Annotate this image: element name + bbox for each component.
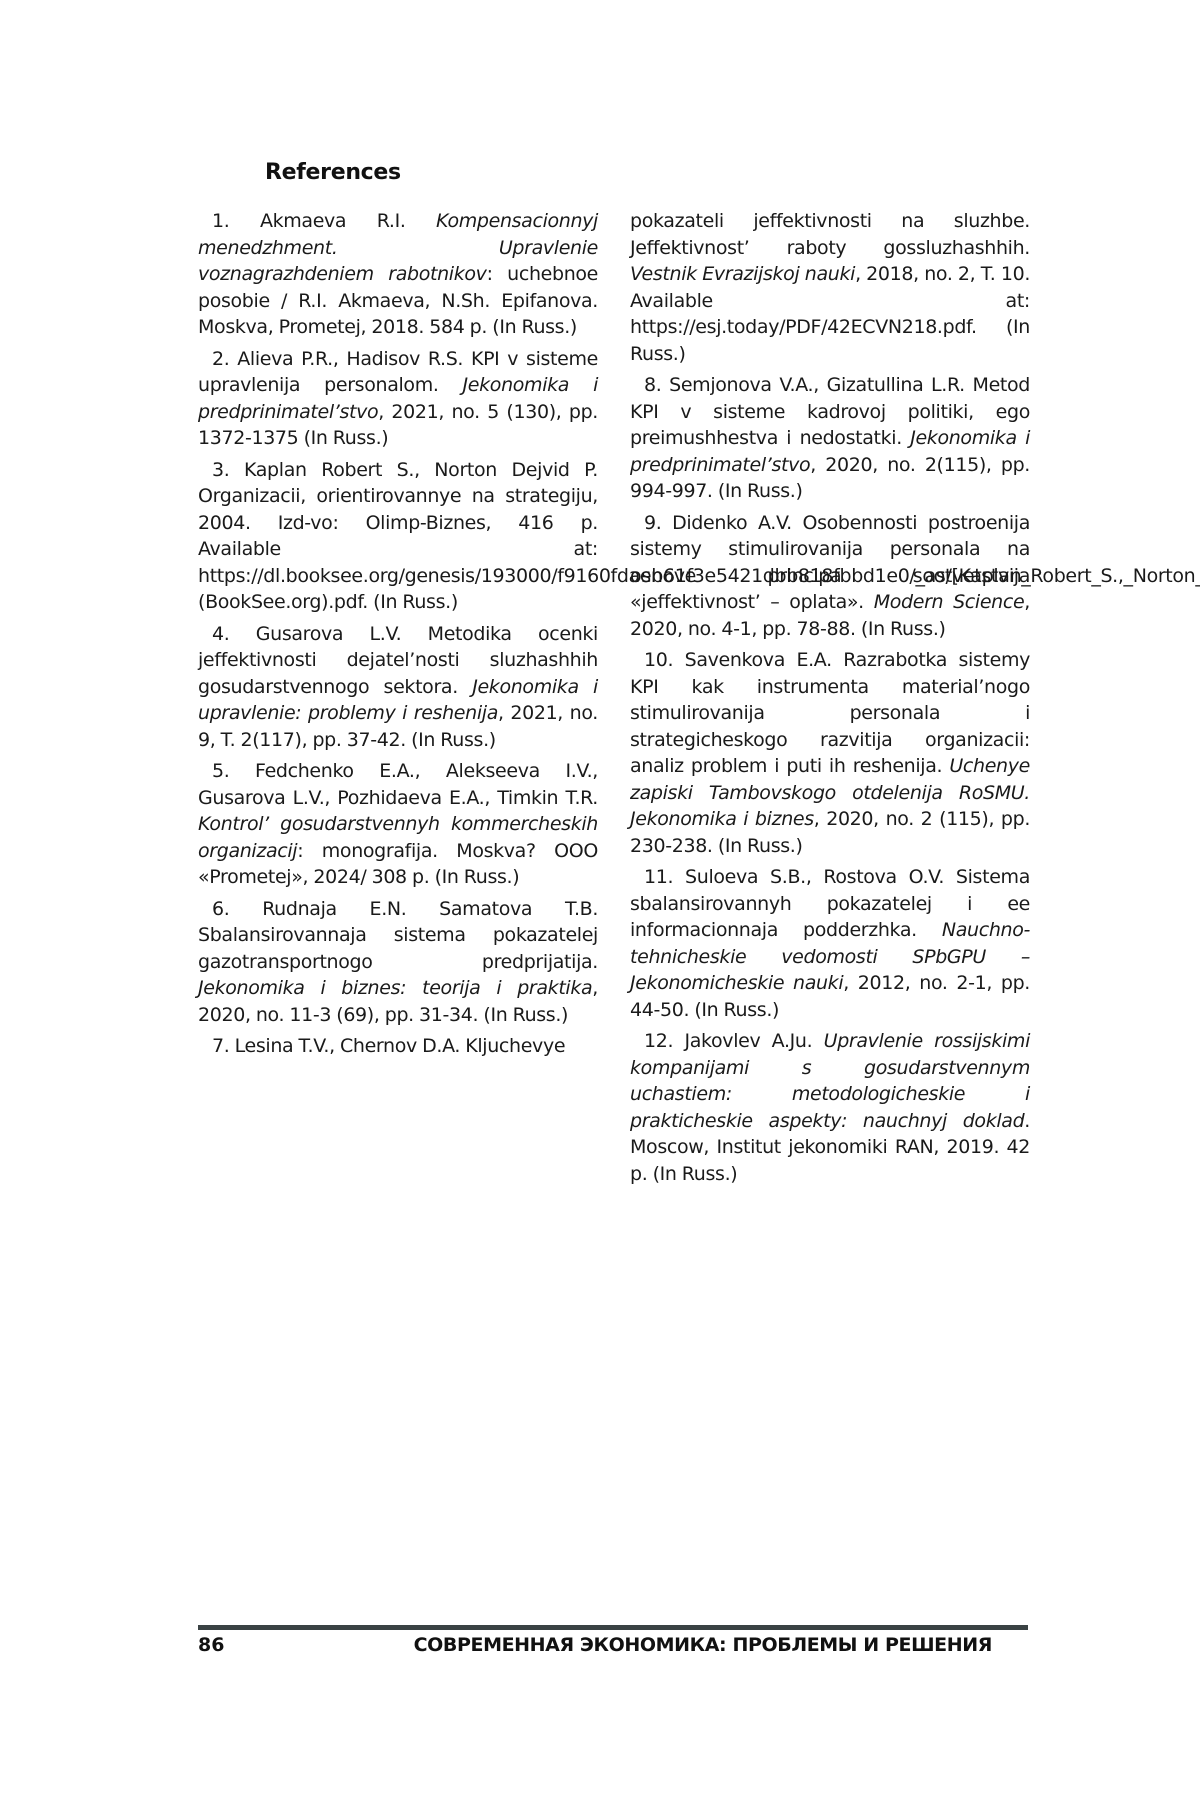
journal-title: СОВРЕМЕННАЯ ЭКОНОМИКА: ПРОБЛЕМЫ И РЕШЕНИ… <box>414 1634 992 1656</box>
page-number: 86 <box>198 1634 224 1656</box>
references-left-column: 1. Akmaeva R.I. Kompensacionnyj menedzhm… <box>198 208 598 1065</box>
reference-number: 9. <box>644 512 672 534</box>
reference-text: Fedchenko E.A., Alekseeva I.V., Gusarova… <box>198 760 598 809</box>
reference-item: 9. Didenko A.V. Osobennosti postroenija … <box>630 510 1030 643</box>
reference-item: 10. Savenkova E.A. Razrabotka sistemy KP… <box>630 647 1030 859</box>
reference-text: pokazateli jeffektivnosti na sluzhbe. Je… <box>630 210 1030 259</box>
reference-number: 12. <box>644 1030 685 1052</box>
reference-number: 5. <box>212 760 255 782</box>
reference-text: Jakovlev A.Ju. <box>685 1030 824 1052</box>
reference-title-italic: Modern Science <box>874 591 1025 613</box>
reference-number: 3. <box>212 459 244 481</box>
reference-text: Akmaeva R.I. <box>260 210 436 232</box>
reference-number: 10. <box>644 649 685 671</box>
reference-item: 11. Suloeva S.B., Rostova O.V. Sistema s… <box>630 864 1030 1023</box>
reference-number: 7. <box>212 1035 235 1057</box>
reference-number: 8. <box>644 374 669 396</box>
page-footer: 86 СОВРЕМЕННАЯ ЭКОНОМИКА: ПРОБЛЕМЫ И РЕШ… <box>198 1634 1028 1660</box>
reference-item: 2. Alieva P.R., Hadisov R.S. KPI v siste… <box>198 346 598 452</box>
reference-item: 6. Rudnaja E.N. Samatova T.B. Sbalansiro… <box>198 896 598 1029</box>
reference-title-italic: Vestnik Evrazijskoj nauki <box>630 263 855 285</box>
references-right-column: pokazateli jeffektivnosti na sluzhbe. Je… <box>630 208 1030 1192</box>
reference-item: 8. Semjonova V.A., Gizatullina L.R. Meto… <box>630 372 1030 505</box>
footer-rule <box>198 1625 1028 1630</box>
reference-title-italic: Jekonomika i biznes: teorija i praktika <box>198 977 592 999</box>
reference-item: 5. Fedchenko E.A., Alekseeva I.V., Gusar… <box>198 758 598 891</box>
reference-number: 1. <box>212 210 260 232</box>
reference-number: 11. <box>644 866 685 888</box>
reference-item: pokazateli jeffektivnosti na sluzhbe. Je… <box>630 208 1030 367</box>
reference-number: 6. <box>212 898 262 920</box>
reference-item: 3. Kaplan Robert S., Norton Dejvid P. Or… <box>198 457 598 616</box>
references-heading: References <box>265 160 401 185</box>
reference-item: 1. Akmaeva R.I. Kompensacionnyj menedzhm… <box>198 208 598 341</box>
reference-text: Lesina T.V., Chernov D.A. Kljuchevye <box>235 1035 566 1057</box>
reference-item: 7. Lesina T.V., Chernov D.A. Kljuchevye <box>198 1033 598 1060</box>
reference-item: 12. Jakovlev A.Ju. Upravlenie rossijskim… <box>630 1028 1030 1187</box>
reference-number: 4. <box>212 623 256 645</box>
reference-number: 2. <box>212 348 237 370</box>
reference-item: 4. Gusarova L.V. Metodika ocenki jeffekt… <box>198 621 598 754</box>
